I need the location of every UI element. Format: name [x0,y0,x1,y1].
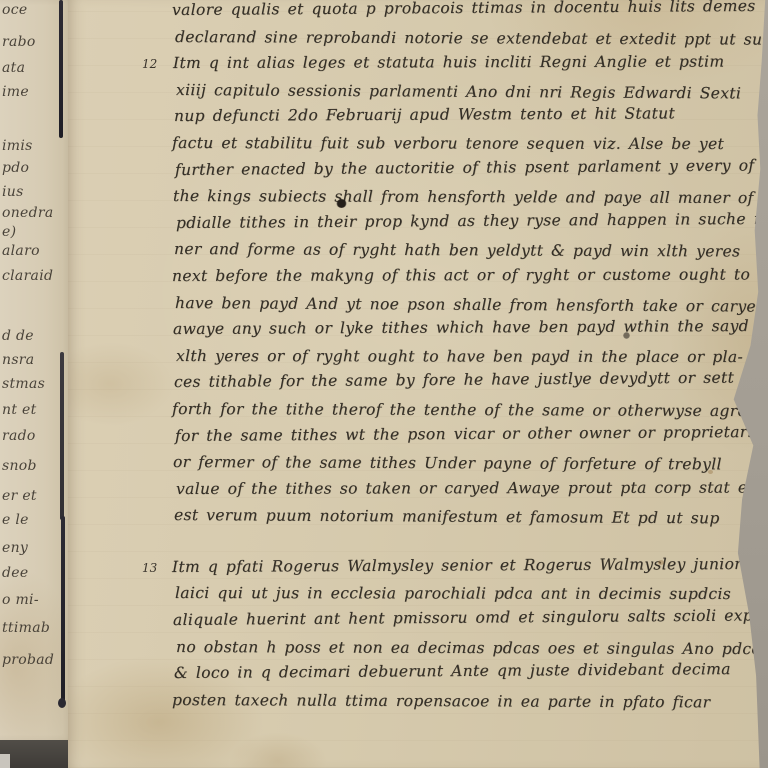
manuscript-text-line: aliquale huerint ant hent pmissoru omd e… [173,607,726,638]
margin-number: 13 [142,561,157,575]
text-block: valore qualis et quota p probacois ttima… [172,1,726,717]
adjacent-page-word-fragment: snob [2,458,37,474]
manuscript-text-line: nup defuncti 2do Februarij apud Westm te… [174,104,726,133]
adjacent-page-word-fragment: claraid [2,268,53,284]
manuscript-text-line: est verum puum notorium manifestum et fa… [174,506,726,536]
manuscript-text-line: ces tithable for the same by fore he hav… [174,369,726,400]
adjacent-page-word-fragment: alaro [2,243,40,259]
adjacent-page-word-fragment: ata [2,60,25,76]
adjacent-page-word-fragment: ttimab [2,620,50,636]
adjacent-page-word-fragment: ius [2,184,24,200]
manuscript-text-line: or fermer of the same tithes Under payne… [173,453,726,482]
foxing-spot [658,560,664,565]
adjacent-page-word-fragment: oce [2,2,27,18]
adjacent-page-word-fragment: probad [2,652,54,668]
adjacent-page-word-fragment: pdo [2,160,29,176]
manuscript-text-line: value of the tithes so taken or caryed A… [176,478,726,506]
adjacent-page-word-fragment: rabo [2,34,36,50]
adjacent-page-word-fragment: onedra [2,205,54,221]
ink-blot [623,332,630,339]
adjacent-page-word-fragment: e) [2,224,16,240]
page-edge-line-end [58,698,66,708]
manuscript-text-line: Itm q pfati Rogerus Walmysley senior et … [172,555,726,584]
adjacent-page-word-fragment: er et [2,488,37,504]
foxing-spot [708,470,713,474]
margin-number: 12 [142,57,157,71]
page-edge-line [59,0,63,138]
adjacent-page-word-fragment: o mi- [2,592,39,608]
adjacent-page-word-fragment: imis [2,138,33,154]
manuscript-page: valore qualis et quota p probacois ttima… [68,0,768,768]
adjacent-page-word-fragment: e le [2,512,29,528]
manuscript-text-line: valore qualis et quota p probacois ttima… [172,0,726,28]
adjacent-page-word-fragment: ime [2,84,29,100]
article-section: 12Itm q int alias leges et statuta huis … [172,54,726,533]
page-edge-line [60,352,64,520]
manuscript-text-line: for the same tithes wt the pson vicar or… [175,423,726,453]
adjacent-page-word-fragment: d de [2,328,34,344]
table-surface-highlight [0,754,10,768]
manuscript-text-line: awaye any such or lyke tithes which have… [173,317,726,346]
ink-blot [336,199,347,208]
adjacent-page-word-fragment: nsra [2,352,34,368]
manuscript-text-line: Itm q int alias leges et statuta huis in… [173,53,726,81]
adjacent-page-word-fragment: stmas [2,376,45,392]
adjacent-page-word-fragment: rado [2,428,36,444]
adjacent-page-word-fragment: nt et [2,402,37,418]
adjacent-page-word-fragment: eny [2,540,28,556]
page-edge-line [61,516,65,706]
manuscript-photo: oceraboataimeimispdoiusonedrae)alaroclar… [0,0,768,768]
manuscript-text-line: & loco in q decimari debuerunt Ante qm j… [174,660,726,690]
manuscript-text-line: further enacted by the auctoritie of thi… [175,156,726,187]
manuscript-text-line: posten taxech nulla ttima ropensacoe in … [172,691,726,720]
manuscript-text-line: pdialle tithes in their prop kynd as the… [176,210,726,240]
manuscript-text-line: next before the makyng of this act or of… [172,265,726,293]
article-section: 13Itm q pfati Rogerus Walmysley senior e… [172,558,726,718]
adjacent-page-word-fragment: dee [2,565,28,581]
